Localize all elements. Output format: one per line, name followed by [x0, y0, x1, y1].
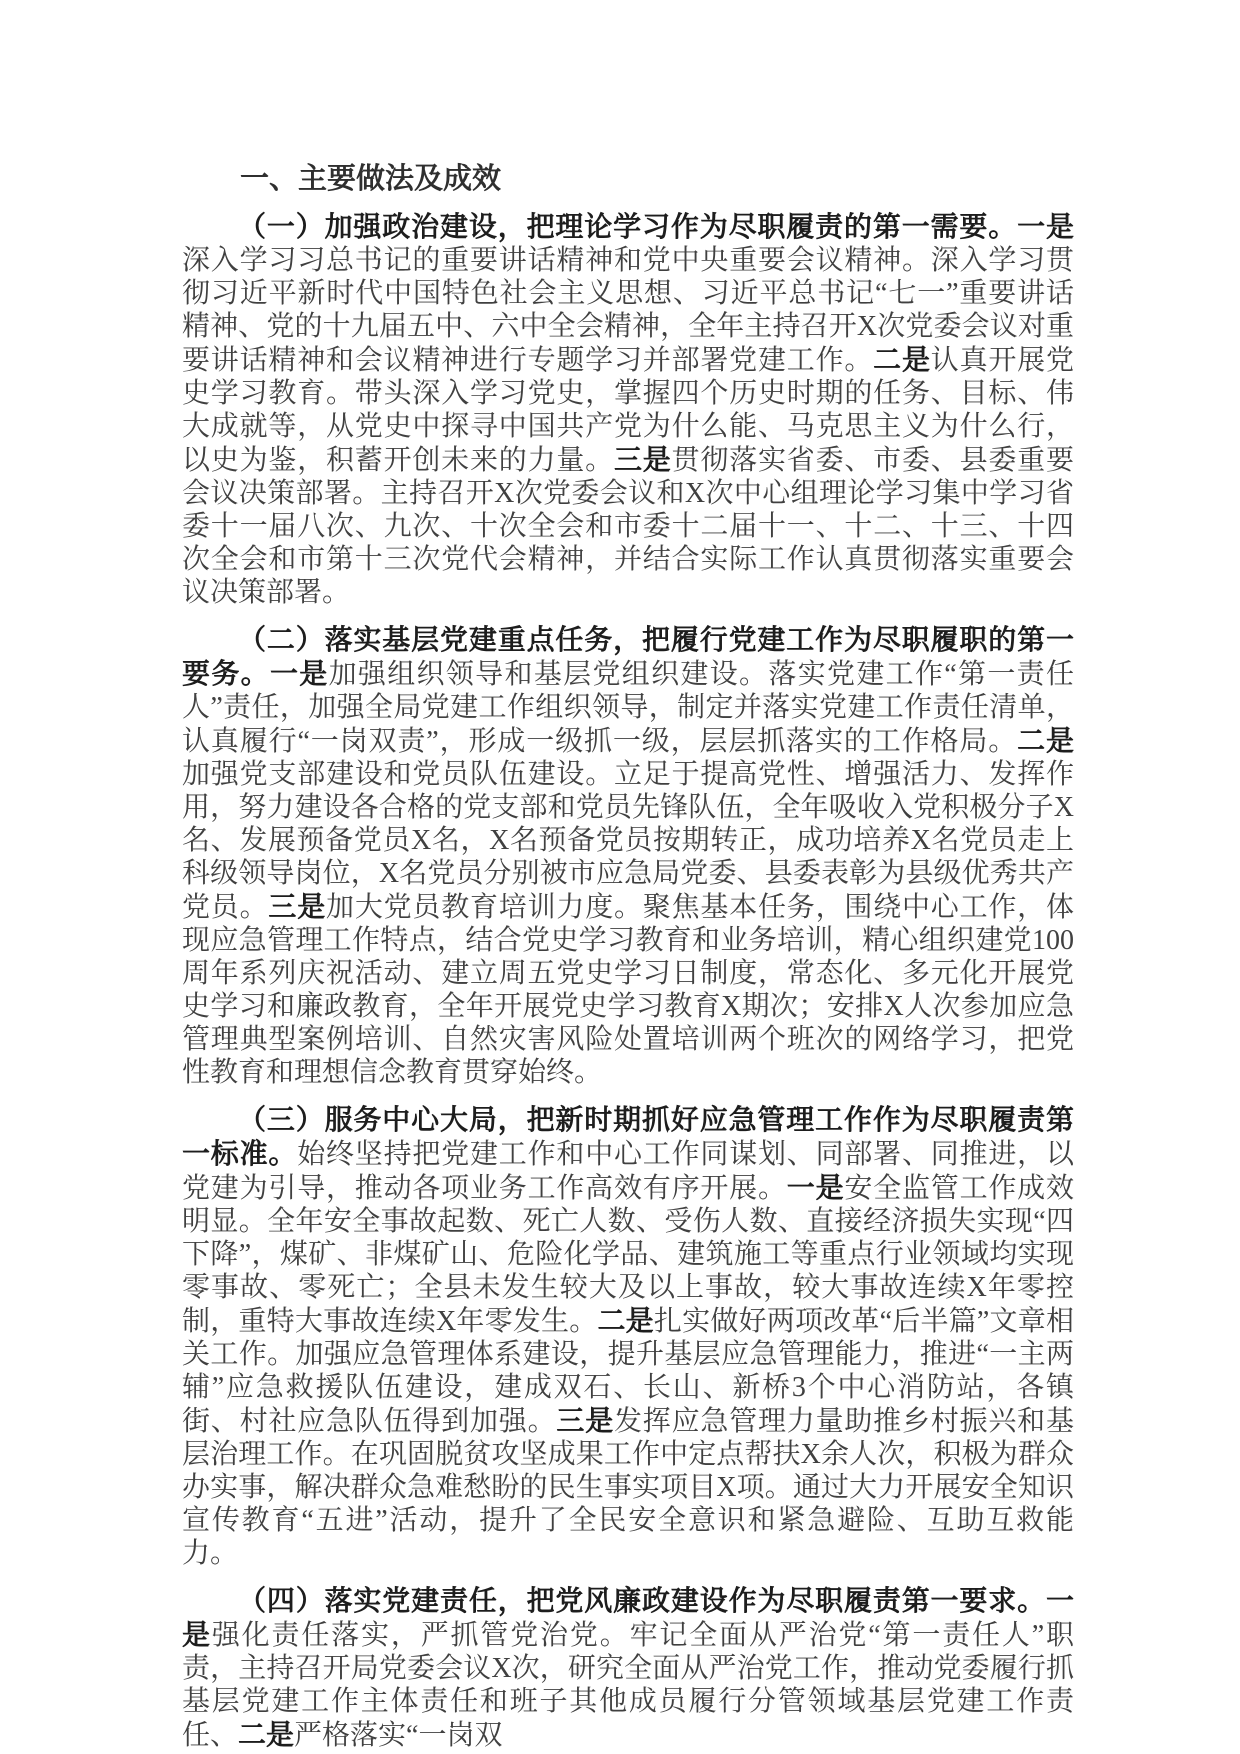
emphasis-run: 二是 [597, 1305, 653, 1336]
emphasis-run: 三是 [614, 444, 672, 475]
document-body: （一）加强政治建设，把理论学习作为尽职履责的第一需要。一是深入学习习总书记的重要… [182, 210, 1074, 1752]
section-heading: 一、主要做法及成效 [182, 163, 1074, 196]
text-run: 严格落实“一岗双 [294, 1720, 502, 1751]
emphasis-run: 三是 [268, 891, 326, 922]
emphasis-run: 二是 [873, 344, 931, 375]
paragraph: （二）落实基层党建重点任务，把履行党建工作为尽职履职的第一要务。一是加强组织领导… [182, 623, 1074, 1089]
emphasis-run: 二是 [1017, 725, 1074, 756]
emphasis-run: 二是 [238, 1719, 294, 1750]
emphasis-run: 一是 [787, 1172, 845, 1203]
paragraph: （一）加强政治建设，把理论学习作为尽职履责的第一需要。一是深入学习习总书记的重要… [182, 210, 1074, 609]
emphasis-run: （一）加强政治建设，把理论学习作为尽职履责的第一需要。一是 [238, 211, 1074, 242]
emphasis-run: 三是 [556, 1405, 614, 1436]
paragraph: （三）服务中心大局，把新时期抓好应急管理工作作为尽职履责第一标准。始终坚持把党建… [182, 1103, 1074, 1570]
document-page: 一、主要做法及成效 （一）加强政治建设，把理论学习作为尽职履责的第一需要。一是深… [0, 0, 1240, 1754]
paragraph: （四）落实党建责任，把党风廉政建设作为尽职履责第一要求。一是强化责任落实，严抓管… [182, 1584, 1074, 1752]
